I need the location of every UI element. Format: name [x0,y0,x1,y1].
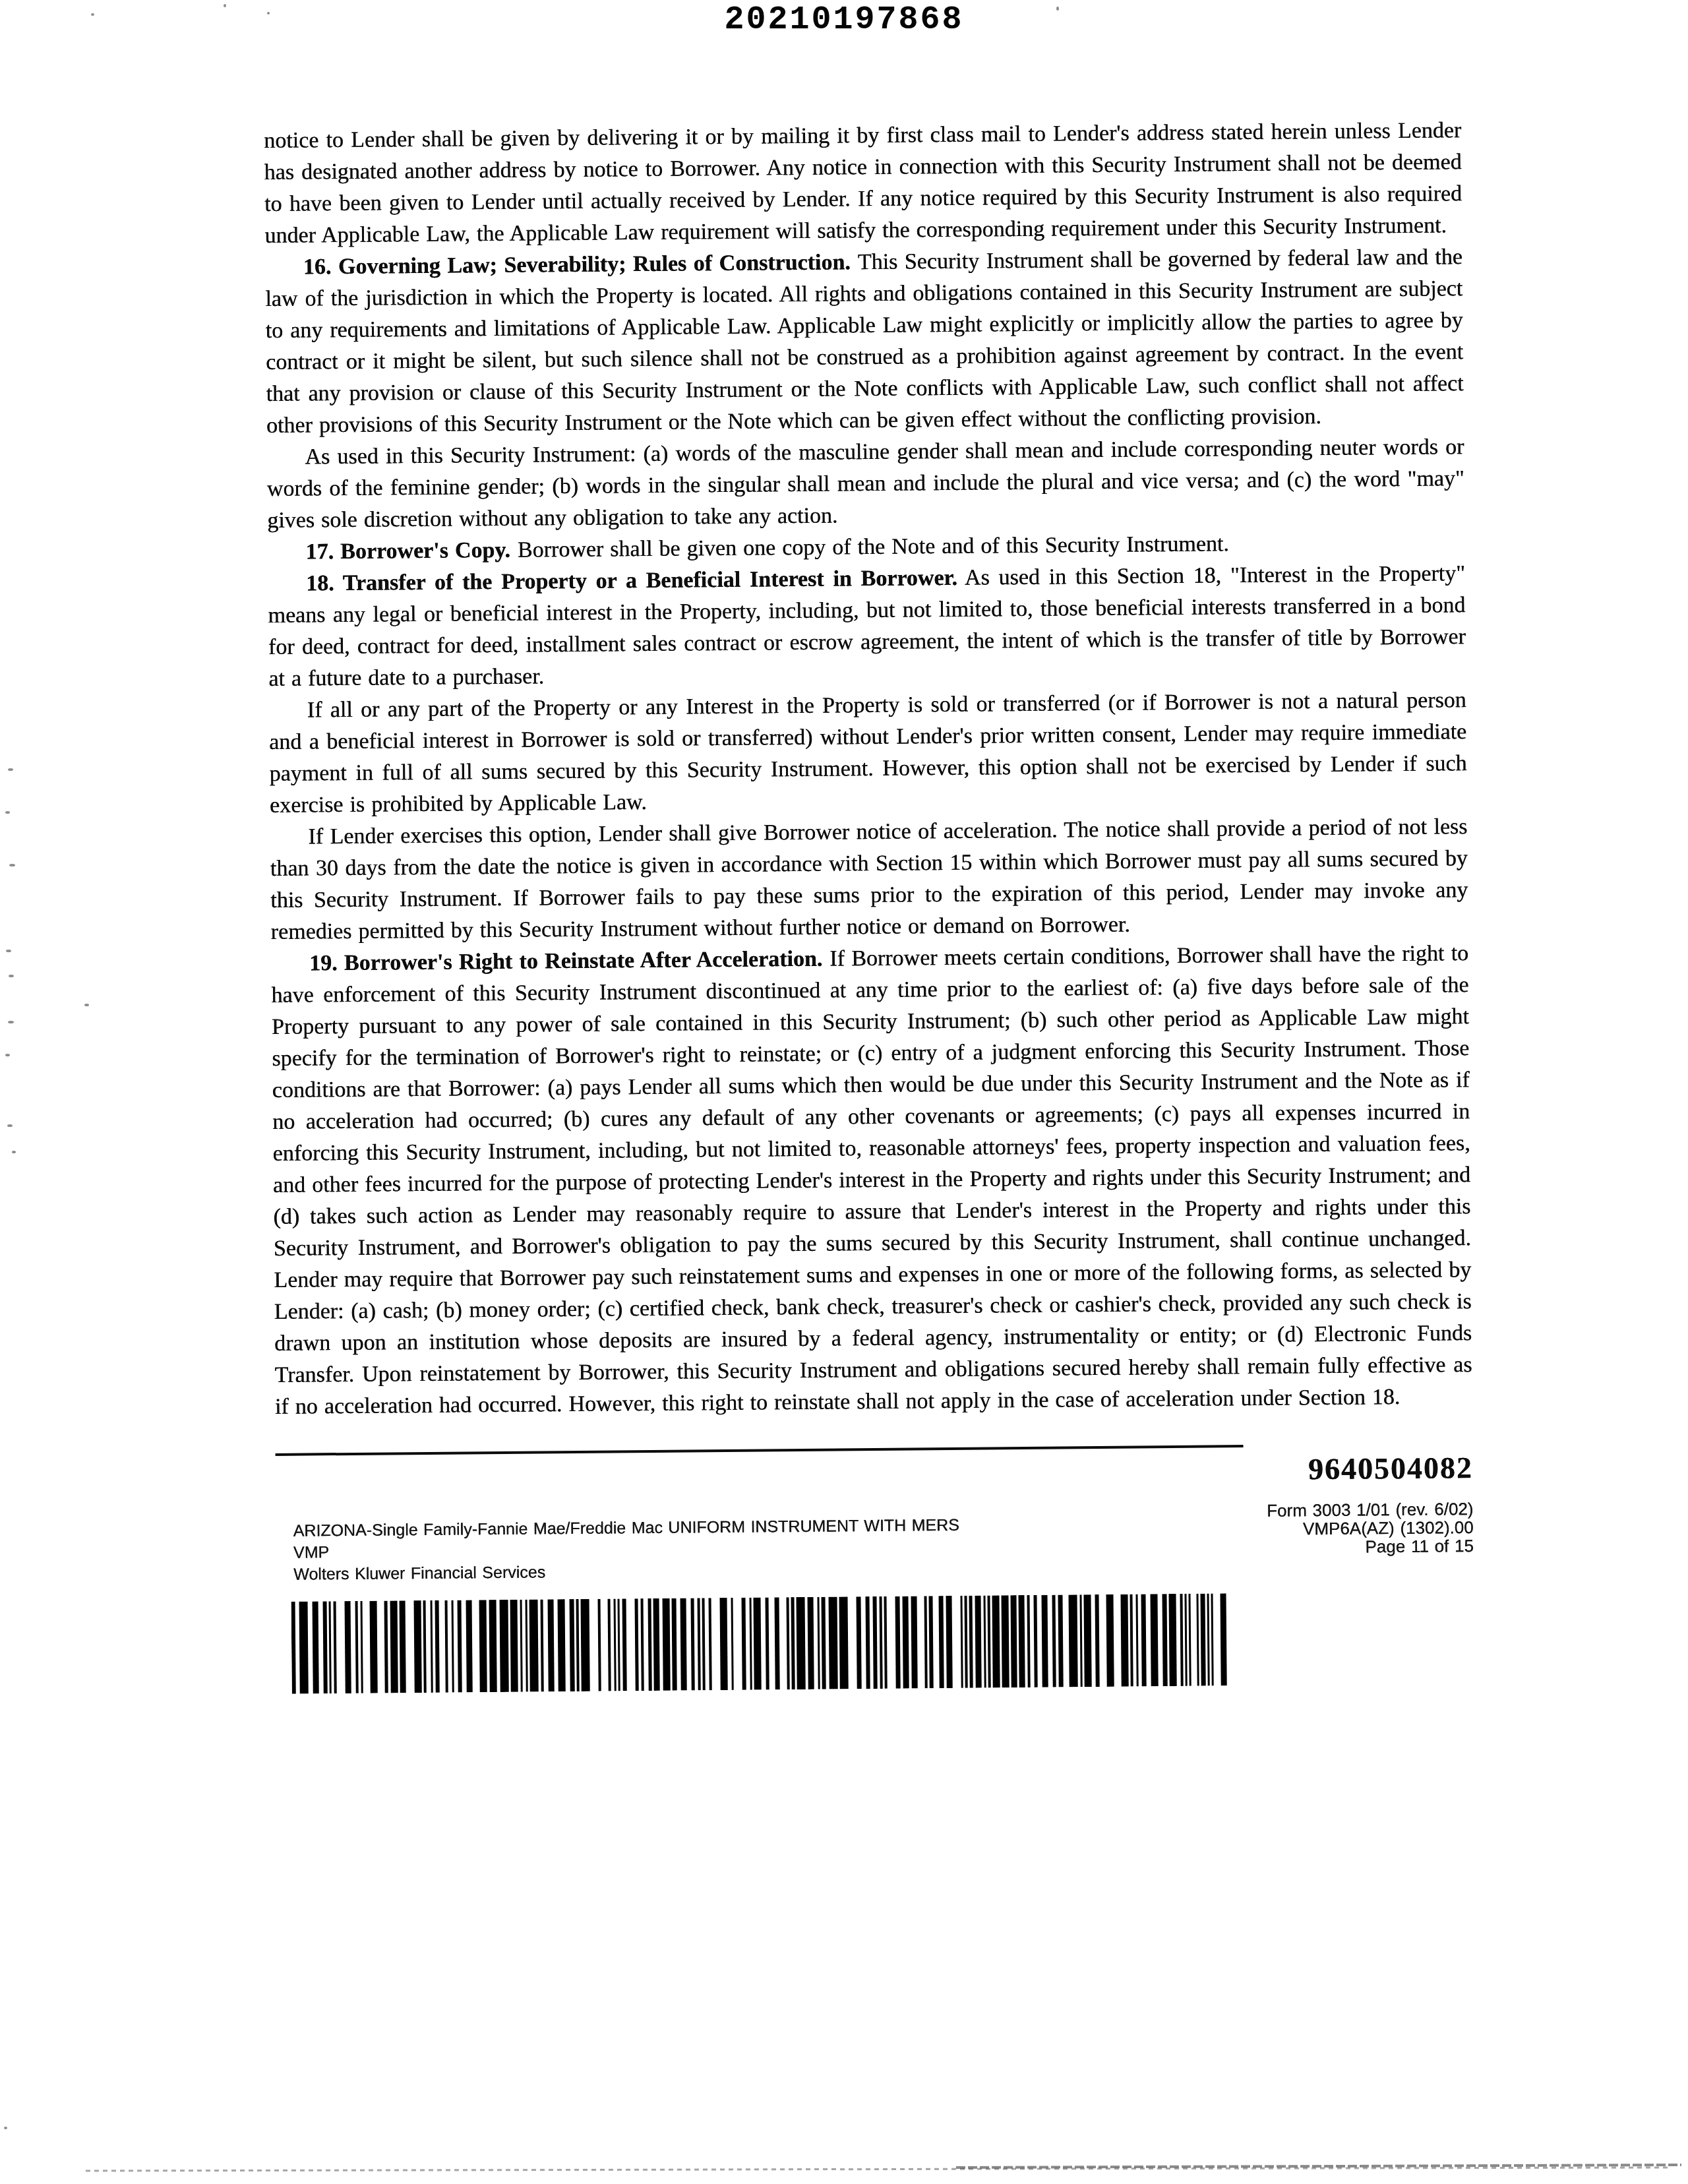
footer-right: Form 3003 1/01 (rev. 6/02) VMP6A(AZ) (13… [1267,1500,1474,1557]
paragraph-text: If Borrower meets certain conditions, Bo… [271,941,1472,1419]
footer-page-number: Page 11 of 15 [1267,1536,1474,1557]
scan-artifact-line [86,2166,1668,2171]
paragraph-notices-continued: notice to Lender shall be given by deliv… [264,115,1462,252]
recording-number: 20210197868 [0,1,1688,39]
paragraph-construction-rules: As used in this Security Instrument: (a)… [266,431,1464,537]
footer-vmp-code: VMP6A(AZ) (1302).00 [1267,1518,1474,1538]
paragraph-transfer-consent: If all or any part of the Property or an… [269,684,1468,822]
scan-speck [5,1054,10,1056]
paragraph-text: If all or any part of the Property or an… [269,688,1467,818]
footer-form-number: Form 3003 1/01 (rev. 6/02) [1267,1500,1474,1520]
barcode [291,1593,1244,1694]
paragraph-text: If Lender exercises this option, Lender … [270,814,1468,944]
scan-speck [8,1021,14,1023]
section-heading: 16. Governing Law; Severability; Rules o… [303,250,851,279]
scan-speck [7,1124,13,1127]
paragraph-text: Borrower shall be given one copy of the … [518,531,1229,562]
footer: ARIZONA-Single Family-Fannie Mae/Freddie… [276,1510,1474,1586]
scan-speck [9,864,15,866]
scan-speck [6,950,11,952]
scan-speck [8,768,13,771]
scan-speck [84,1004,89,1006]
loan-number: 9640504082 [276,1452,1473,1494]
section-heading: 18. Transfer of the Property or a Benefi… [306,566,957,596]
paragraph-acceleration-notice: If Lender exercises this option, Lender … [270,811,1468,948]
section-19-reinstate: 19. Borrower's Right to Reinstate After … [271,938,1472,1423]
scan-speck [12,1151,16,1153]
footer-divider-line [276,1445,1244,1456]
section-heading: 19. Borrower's Right to Reinstate After … [309,947,822,976]
scan-speck [91,13,94,16]
scanned-document-page: 20210197868 notice to Lender shall be gi… [0,0,1688,2184]
scan-speck [224,4,226,7]
document-body: notice to Lender shall be given by deliv… [264,115,1475,1694]
scan-speck [9,975,14,977]
paragraph-text: notice to Lender shall be given by deliv… [264,118,1462,248]
scan-speck [5,811,10,814]
section-18-transfer: 18. Transfer of the Property or a Benefi… [268,558,1466,695]
scan-speck [4,2127,7,2129]
scan-speck [1056,7,1059,11]
footer-left: ARIZONA-Single Family-Fannie Mae/Freddie… [276,1515,959,1586]
paragraph-text: As used in this Security Instrument: (a)… [267,435,1464,533]
scan-speck [267,12,270,15]
section-heading: 17. Borrower's Copy. [305,538,510,564]
section-16-governing-law: 16. Governing Law; Severability; Rules o… [265,241,1464,442]
